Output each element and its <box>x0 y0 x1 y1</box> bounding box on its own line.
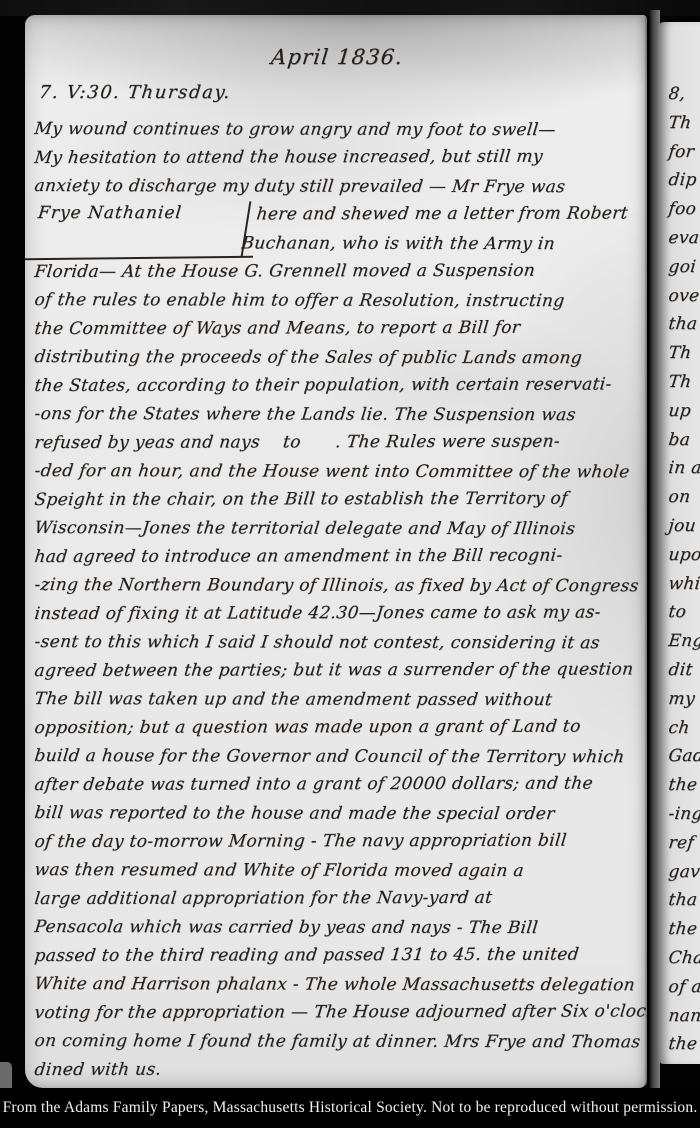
facing-page-fragment-line: ref <box>658 829 700 858</box>
manuscript-line: -sent to this which I said I should not … <box>33 628 647 658</box>
facing-page-fragment-line: gav <box>658 858 700 887</box>
manuscript-line: Pensacola which was carried by yeas and … <box>33 913 647 943</box>
entry-day-heading: 7. V:30. Thursday. <box>38 82 232 103</box>
facing-page-fragment-line: ove <box>658 282 700 311</box>
manuscript-line: the States, according to their populatio… <box>33 370 647 400</box>
facing-page-fragment-line: tha <box>658 886 700 915</box>
archive-caption-text: From the Adams Family Papers, Massachuse… <box>3 1099 698 1117</box>
facing-page-text-fragments: 8,ThfordipfooevagoiovethaThThupbain aonj… <box>658 22 700 1059</box>
manuscript-line: Florida— At the House G. Grennell moved … <box>33 256 647 286</box>
facing-page-fragment-line: in a <box>658 454 700 483</box>
facing-page-fragment-line: eva <box>658 224 700 253</box>
facing-page-fragment-line: for <box>658 138 700 167</box>
manuscript-line: of the rules to enable him to offer a Re… <box>33 286 647 316</box>
facing-page-fragment-line: my <box>658 685 700 714</box>
manuscript-line: instead of fixing it at Latitude 42.30—J… <box>33 598 647 628</box>
scanned-diary-photo: April 1836. 7. V:30. Thursday. Frye Nath… <box>0 0 700 1128</box>
facing-page-fragment-line: foo <box>658 195 700 224</box>
entry-body: Frye Nathaniel My wound continues to gro… <box>33 115 647 1084</box>
manuscript-line: Speight in the chair, on the Bill to est… <box>33 484 647 514</box>
manuscript-line: on coming home I found the family at din… <box>33 1027 647 1057</box>
manuscript-line: White and Harrison phalanx - The whole M… <box>33 970 647 1000</box>
facing-page-fragment-line: Th <box>658 339 700 368</box>
facing-page-fragment-line: goi <box>658 253 700 282</box>
manuscript-line: after debate was turned into a grant of … <box>33 769 647 799</box>
facing-page-fragment-line: ch <box>658 714 700 743</box>
facing-page-fragment-line: on <box>658 483 700 512</box>
facing-page-fragment-line: whi <box>658 570 700 599</box>
manuscript-line: -zing the Northern Boundary of Illinois,… <box>33 571 647 601</box>
facing-page-fragment-line: jou <box>658 512 700 541</box>
facing-page-fragment-line: 8, <box>658 80 700 109</box>
month-year-heading: April 1836. <box>25 45 647 69</box>
facing-page-fragment-line: nan <box>658 1002 700 1031</box>
facing-page-fragment-line: Eng <box>658 627 700 656</box>
manuscript-line: large additional appropriation for the N… <box>33 883 647 913</box>
manuscript-line: bill was reported to the house and made … <box>33 799 647 829</box>
manuscript-line: -ons for the States where the Lands lie.… <box>33 400 647 430</box>
manuscript-line: had agreed to introduce an amendment in … <box>33 541 647 571</box>
manuscript-line: My wound continues to grow angry and my … <box>33 115 647 145</box>
facing-page-fragment-line: Gad <box>658 742 700 771</box>
manuscript-line: agreed between the parties; but it was a… <box>33 655 647 685</box>
manuscript-line: Buchanan, who is with the Army in <box>33 229 647 259</box>
manuscript-line: Wisconsin—Jones the territorial delegate… <box>33 514 647 544</box>
facing-page-fragment-line: Th <box>658 368 700 397</box>
manuscript-line: was then resumed and White of Florida mo… <box>33 856 647 886</box>
manuscript-line: The bill was taken up and the amendment … <box>33 685 647 715</box>
facing-page-fragment-line: -ing <box>658 800 700 829</box>
facing-page-fragment-line: Th <box>658 109 700 138</box>
facing-page-fragment-line: dip <box>658 166 700 195</box>
facing-page-edge: 8,ThfordipfooevagoiovethaThThupbain aonj… <box>658 22 700 1064</box>
manuscript-line: dined with us. <box>33 1054 647 1084</box>
manuscript-line: of the day to-morrow Morning - The navy … <box>33 826 647 856</box>
facing-page-fragment-line: upo <box>658 541 700 570</box>
manuscript-line: -ded for an hour, and the House went int… <box>33 457 647 487</box>
manuscript-line: voting for the appropriation — The House… <box>33 997 647 1027</box>
facing-page-fragment-line: of a <box>658 973 700 1002</box>
facing-page-fragment-line: Cha <box>658 944 700 973</box>
manuscript-line: anxiety to discharge my duty still preva… <box>33 172 647 202</box>
manuscript-line: build a house for the Governor and Counc… <box>33 742 647 772</box>
manuscript-line: My hesitation to attend the house increa… <box>33 142 647 172</box>
manuscript-line: the Committee of Ways and Means, to repo… <box>33 313 647 343</box>
facing-page-fragment-line: the <box>658 1030 700 1059</box>
manuscript-line: opposition; but a question was made upon… <box>33 712 647 742</box>
facing-page-fragment-line: dit <box>658 656 700 685</box>
facing-page-fragment-line: ba <box>658 426 700 455</box>
facing-page-fragment-line: to <box>658 598 700 627</box>
facing-page-fragment-line: the <box>658 915 700 944</box>
caption-bar: From the Adams Family Papers, Massachuse… <box>0 1088 700 1128</box>
manuscript-line: here and shewed me a letter from Robert <box>33 199 647 229</box>
manuscript-line: refused by yeas and nays to . The Rules … <box>33 427 647 457</box>
facing-page-fragment-line: the <box>658 771 700 800</box>
facing-page-fragment-line: tha <box>658 310 700 339</box>
facing-page-fragment-line: up <box>658 397 700 426</box>
manuscript-line: passed to the third reading and passed 1… <box>33 940 647 970</box>
manuscript-line: distributing the proceeds of the Sales o… <box>33 343 647 373</box>
diary-page: April 1836. 7. V:30. Thursday. Frye Nath… <box>25 15 647 1088</box>
